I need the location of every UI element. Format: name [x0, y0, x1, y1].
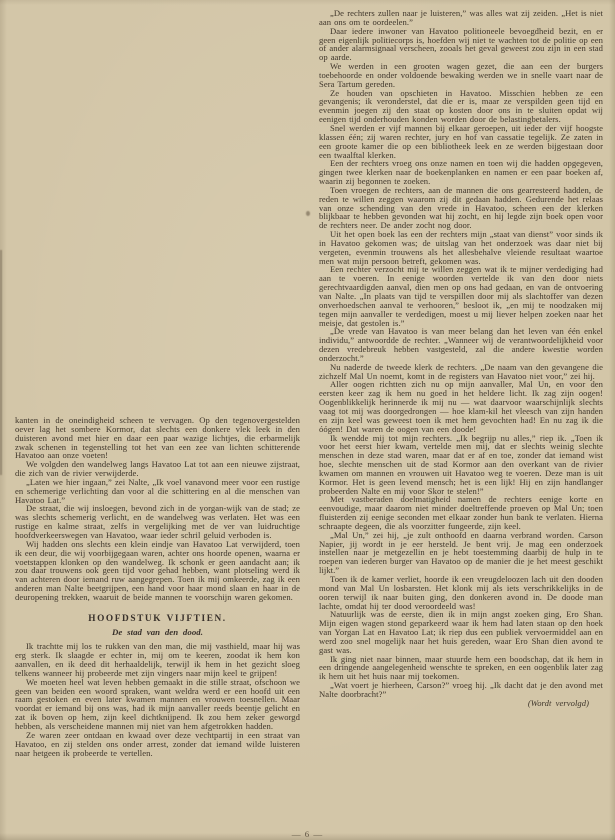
column-right-text: „De rechters zullen naar je luisteren,” …	[319, 9, 603, 699]
chapter-heading: HOOFDSTUK VIJFTIEN.	[15, 615, 300, 624]
paragraph: „Laten we hier ingaan,” zei Nalte, „Ik v…	[15, 478, 300, 505]
paragraph: Snel werden er vijf mannen bij elkaar ge…	[319, 124, 603, 159]
paragraph: Toen ik de kamer verliet, hoorde ik een …	[319, 575, 603, 610]
paragraph: Een rechter verzocht mij te willen zegge…	[319, 265, 603, 327]
column-right: „De rechters zullen naar je luisteren,” …	[319, 9, 603, 708]
paragraph: Ik ging niet naar binnen, maar stuurde h…	[319, 655, 603, 682]
paragraph: Natuurlijk was de eerste, dien ik in mij…	[319, 610, 603, 654]
paragraph: We werden in een grooten wagen gezet, di…	[319, 62, 603, 89]
page-background: kanten in de oneindigheid scheen te verv…	[0, 0, 615, 840]
paragraph: „Wat voert je hierheen, Carson?” vroeg h…	[319, 681, 603, 699]
paragraph: Een der rechters vroeg ons onze namen en…	[319, 159, 603, 186]
paragraph: De straat, die wij insloegen, bevond zic…	[15, 504, 300, 539]
continuation-note: (Wordt vervolgd)	[319, 699, 603, 708]
paragraph: Daar iedere inwoner van Havatoo polition…	[319, 27, 603, 62]
ink-speck	[306, 211, 310, 216]
paragraph: Uit het open boek las een der rechters m…	[319, 230, 603, 265]
chapter-subtitle: De stad van den dood.	[15, 628, 300, 637]
page-number: — 6 —	[0, 829, 615, 839]
paragraph: Ik trachtte mij los te rukken van den ma…	[15, 642, 300, 677]
paragraph: Nu naderde de tweede klerk de rechters. …	[319, 363, 603, 381]
paragraph: kanten in de oneindigheid scheen te verv…	[15, 416, 300, 460]
paragraph: Toen vroegen de rechters, aan de mannen …	[319, 186, 603, 230]
paragraph: Ze waren zeer ontdaan en kwaad over deze…	[15, 731, 300, 758]
paragraph: „Mal Un,” zei hij, „je zult onthoofd en …	[319, 531, 603, 575]
column-left-top: kanten in de oneindigheid scheen te verv…	[15, 416, 300, 602]
paragraph: Met vastberaden doelmatigheid namen de r…	[319, 495, 603, 530]
paragraph: Aller oogen richtten zich nu op mijn aan…	[319, 380, 603, 433]
paragraph: We volgden den wandelweg langs Havatoo L…	[15, 460, 300, 478]
paragraph: „De vrede van Havatoo is van meer belang…	[319, 327, 603, 362]
column-left-bottom: Ik trachtte mij los te rukken van den ma…	[15, 642, 300, 757]
paragraph: Ze houden van opschieten in Havatoo. Mis…	[319, 89, 603, 124]
paragraph: We moeten heel wat leven hebben gemaakt …	[15, 678, 300, 731]
column-left: kanten in de oneindigheid scheen te verv…	[15, 416, 300, 757]
scan-edge-artifact	[0, 250, 2, 475]
paragraph: Wij hadden ons slechts een klein eindje …	[15, 540, 300, 602]
paragraph: „De rechters zullen naar je luisteren,” …	[319, 9, 603, 27]
paragraph: Ik wendde mij tot mijn rechters. „Ik beg…	[319, 434, 603, 496]
